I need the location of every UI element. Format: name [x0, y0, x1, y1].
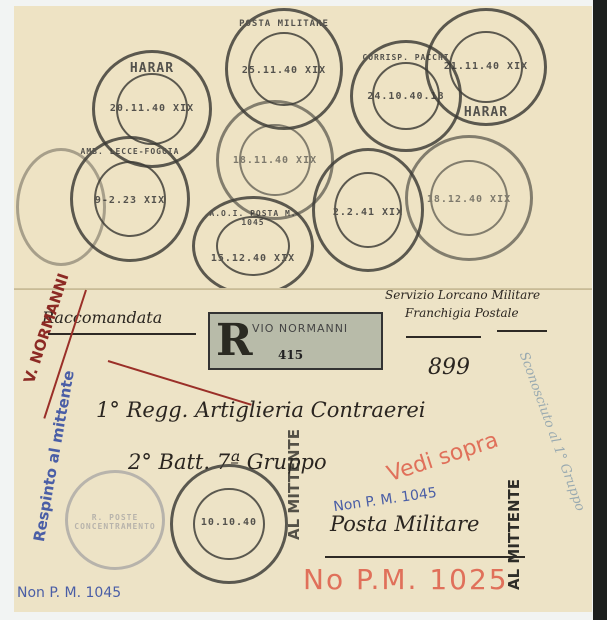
postmark-posta-militare-2 — [16, 148, 106, 266]
postmark-san-vito-normanni: 10.10.40 — [170, 464, 288, 584]
postmark-r-poste-concentramento: R. POSTE CONCENTRAMENTO — [65, 470, 165, 570]
red-crayon-pm-note: No P.M. 1025 — [303, 563, 509, 596]
underline — [497, 330, 547, 332]
registration-letter: R — [216, 316, 253, 366]
non-pm-handstamp-bottom: Non P. M. 1045 — [17, 585, 121, 601]
postmark-harar-2: 21.11.40 XIX HARAR — [425, 8, 547, 126]
address-line3: Posta Militare — [330, 512, 479, 536]
registration-label: R VIO NORMANNI 415 — [208, 312, 383, 370]
postmark-aoi-pm-1045: A.O.I. POSTA M. 1045 15.12.40 XIX — [192, 196, 314, 296]
underline — [406, 336, 481, 338]
postmark-posta-militare-5: 18.12.40 XIX — [405, 135, 533, 261]
registration-number: 415 — [278, 348, 303, 362]
background-edge — [593, 0, 607, 620]
al-mittente-handstamp: AL MITTENTE — [505, 479, 523, 590]
number-note: 899 — [428, 355, 470, 380]
service-note-line1: Servizio Lorcano Militare — [385, 288, 540, 302]
address-line1: 1° Regg. Artiglieria Contraerei — [96, 398, 425, 422]
registration-office: VIO NORMANNI — [252, 322, 348, 335]
service-note-line2: Franchigia Postale — [405, 306, 519, 320]
underline — [325, 556, 525, 558]
